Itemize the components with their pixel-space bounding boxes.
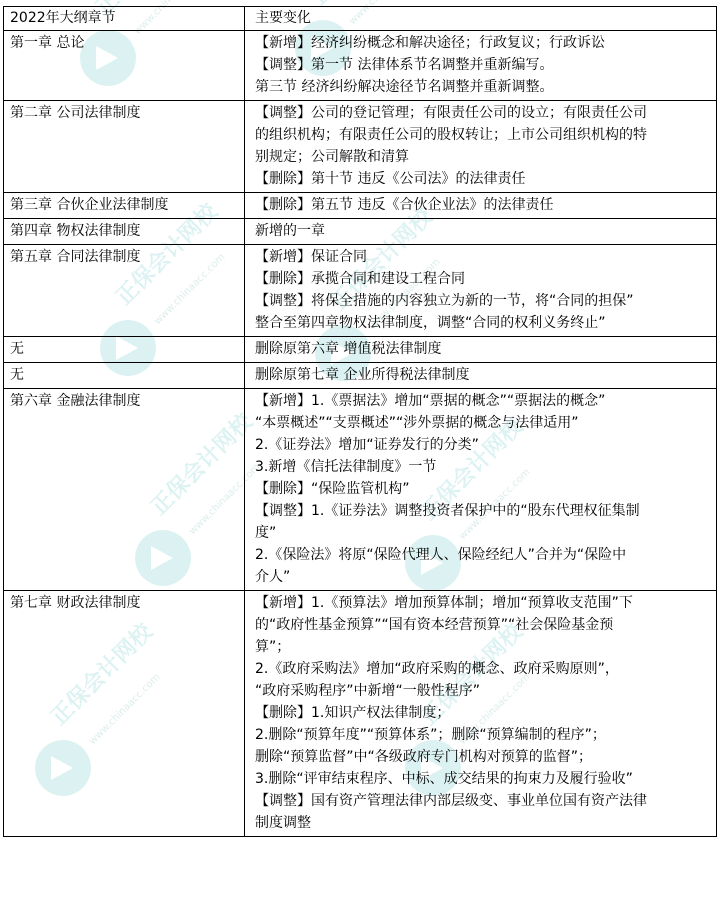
table-header-row: 2022年大纲章节 主要变化 — [4, 7, 717, 31]
table-row: 第三章 合伙企业法律制度 【删除】第五节 违反《合伙企业法》的法律责任 — [4, 193, 717, 219]
chapter-cell: 第五章 合同法律制度 — [4, 245, 245, 337]
syllabus-changes-table: 2022年大纲章节 主要变化 第一章 总论 【新增】经济纠纷概念和解决途径；行政… — [3, 6, 717, 837]
chapter-cell: 无 — [4, 363, 245, 389]
changes-cell: 【新增】1.《票据法》增加“票据的概念”“票据法的概念” “本票概述”“支票概述… — [245, 389, 717, 591]
table-row: 第七章 财政法律制度 【新增】1.《预算法》增加预算体制；增加“预算收支范围”下… — [4, 591, 717, 837]
chapter-cell: 第七章 财政法律制度 — [4, 591, 245, 837]
changes-cell: 删除原第七章 企业所得税法律制度 — [245, 363, 717, 389]
table-row: 无 删除原第七章 企业所得税法律制度 — [4, 363, 717, 389]
table-row: 无 删除原第六章 增值税法律制度 — [4, 337, 717, 363]
changes-cell: 【新增】经济纠纷概念和解决途径；行政复议；行政诉讼 【调整】第一节 法律体系节名… — [245, 31, 717, 101]
table-row: 第一章 总论 【新增】经济纠纷概念和解决途径；行政复议；行政诉讼 【调整】第一节… — [4, 31, 717, 101]
changes-cell: 新增的一章 — [245, 219, 717, 245]
chapter-cell: 第三章 合伙企业法律制度 — [4, 193, 245, 219]
header-changes: 主要变化 — [245, 7, 717, 31]
changes-cell: 【新增】保证合同 【删除】承揽合同和建设工程合同 【调整】将保全措施的内容独立为… — [245, 245, 717, 337]
table-row: 第二章 公司法律制度 【调整】公司的登记管理；有限责任公司的设立；有限责任公司 … — [4, 101, 717, 193]
chapter-cell: 第四章 物权法律制度 — [4, 219, 245, 245]
chapter-cell: 第二章 公司法律制度 — [4, 101, 245, 193]
table-row: 第四章 物权法律制度 新增的一章 — [4, 219, 717, 245]
chapter-cell: 第六章 金融法律制度 — [4, 389, 245, 591]
table-row: 第六章 金融法律制度 【新增】1.《票据法》增加“票据的概念”“票据法的概念” … — [4, 389, 717, 591]
chapter-cell: 第一章 总论 — [4, 31, 245, 101]
header-chapter: 2022年大纲章节 — [4, 7, 245, 31]
table-row: 第五章 合同法律制度 【新增】保证合同 【删除】承揽合同和建设工程合同 【调整】… — [4, 245, 717, 337]
changes-cell: 【调整】公司的登记管理；有限责任公司的设立；有限责任公司 的组织机构；有限责任公… — [245, 101, 717, 193]
changes-cell: 删除原第六章 增值税法律制度 — [245, 337, 717, 363]
chapter-cell: 无 — [4, 337, 245, 363]
changes-cell: 【删除】第五节 违反《合伙企业法》的法律责任 — [245, 193, 717, 219]
changes-cell: 【新增】1.《预算法》增加预算体制；增加“预算收支范围”下 的“政府性基金预算”… — [245, 591, 717, 837]
